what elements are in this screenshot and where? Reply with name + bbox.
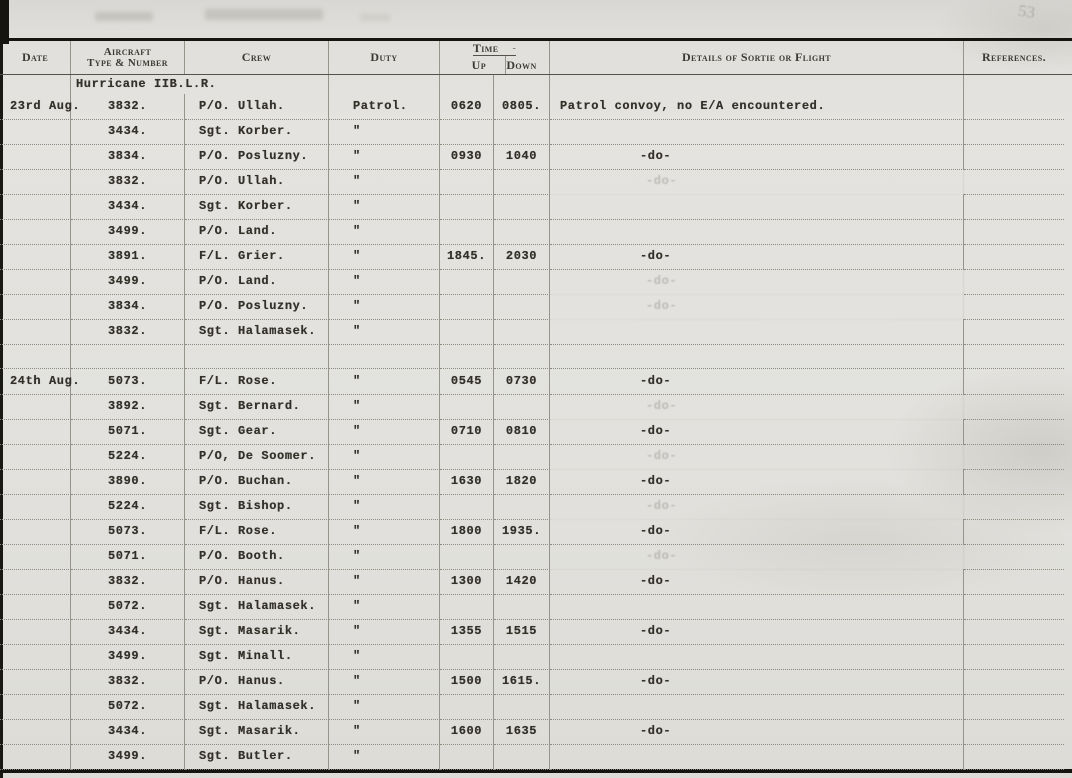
- time-down-cell: [494, 169, 550, 195]
- date-cell: [0, 219, 71, 245]
- duty-cell: ": [329, 144, 440, 170]
- time-up-cell: [440, 444, 494, 470]
- duty-cell: ": [329, 294, 440, 320]
- references-cell: [964, 369, 1064, 395]
- references-cell: [964, 694, 1064, 720]
- details-cell: [550, 219, 964, 245]
- duty-cell: ": [329, 744, 440, 770]
- aircraft-type-row: Hurricane IIB.L.R.: [0, 75, 1072, 94]
- table-row: 3834. P/O. Posluzny. " 0930 1040 -do-: [0, 144, 1072, 169]
- table-body: 23rd Aug. 3832. P/O. Ullah. Patrol. 0620…: [0, 94, 1072, 769]
- time-up-cell: 1845.: [440, 244, 494, 270]
- details-cell: [550, 744, 964, 770]
- table-row: 5071. Sgt. Gear. " 0710 0810 -do-: [0, 419, 1072, 444]
- time-down-cell: 1515: [494, 619, 550, 645]
- table-row: 3434. Sgt. Masarik. " 1355 1515 -do-: [0, 619, 1072, 644]
- aircraft-number-cell: 3890.: [71, 469, 185, 495]
- time-up-cell: 0545: [440, 369, 494, 395]
- col-header-down: Down: [506, 56, 536, 74]
- time-down-cell: 1040: [494, 144, 550, 170]
- duty-cell: [329, 75, 440, 94]
- references-cell: [964, 244, 1064, 270]
- duty-cell: ": [329, 719, 440, 745]
- aircraft-number-cell: 3434.: [71, 119, 185, 145]
- aircraft-number-cell: 3434.: [71, 719, 185, 745]
- time-header-mark: -: [512, 43, 516, 54]
- bleedthrough-smudge: [95, 12, 153, 21]
- duty-cell: ": [329, 169, 440, 195]
- time-down-cell: 1420: [494, 569, 550, 595]
- duty-cell: ": [329, 544, 440, 570]
- crew-cell: Sgt. Masarik.: [185, 619, 329, 645]
- details-cell: Patrol convoy, no E/A encountered.: [550, 94, 964, 120]
- table-row: 3890. P/O. Buchan. " 1630 1820 -do-: [0, 469, 1072, 494]
- details-cell: -do-: [550, 394, 964, 420]
- time-down-cell: 0730: [494, 369, 550, 395]
- details-cell: [550, 344, 964, 369]
- date-cell: [0, 644, 71, 670]
- crew-cell: Sgt. Halamasek.: [185, 594, 329, 620]
- time-up-cell: [440, 319, 494, 345]
- date-cell: [0, 75, 71, 94]
- references-cell: [964, 644, 1064, 670]
- date-cell: [0, 169, 71, 195]
- details-cell: [550, 319, 964, 345]
- time-down-cell: [494, 544, 550, 570]
- time-up-cell: [440, 644, 494, 670]
- time-down-cell: 2030: [494, 244, 550, 270]
- references-cell: [964, 444, 1064, 470]
- time-down-cell: 1635: [494, 719, 550, 745]
- crew-cell: [185, 344, 329, 369]
- operations-record-table: Date Aircraft Type & Number Crew Duty Ti…: [0, 38, 1072, 773]
- col-header-date: Date: [0, 41, 71, 74]
- aircraft-number-cell: 3832.: [71, 94, 185, 120]
- col-header-details: Details of Sortie or Flight: [550, 41, 964, 74]
- crew-cell: P/O. Hanus.: [185, 569, 329, 595]
- details-cell: [550, 119, 964, 145]
- references-cell: [964, 469, 1064, 495]
- date-cell: [0, 444, 71, 470]
- date-cell: [0, 319, 71, 345]
- crew-cell: P/O. Ullah.: [185, 169, 329, 195]
- references-cell: [964, 594, 1064, 620]
- aircraft-number-cell: 5072.: [71, 694, 185, 720]
- table-row: 3832. P/O. Hanus. " 1300 1420 -do-: [0, 569, 1072, 594]
- table-row: 3434. Sgt. Korber. ": [0, 119, 1072, 144]
- references-cell: [964, 75, 1064, 94]
- aircraft-number-cell: 3834.: [71, 144, 185, 170]
- table-header-row: Date Aircraft Type & Number Crew Duty Ti…: [0, 41, 1072, 75]
- aircraft-number-cell: 5072.: [71, 594, 185, 620]
- crew-cell: P/O. Land.: [185, 219, 329, 245]
- crew-cell: P/O. Booth.: [185, 544, 329, 570]
- table-row: 3499. Sgt. Butler. ": [0, 744, 1072, 769]
- duty-cell: ": [329, 119, 440, 145]
- references-cell: [964, 294, 1064, 320]
- details-cell: -do-: [550, 669, 964, 695]
- details-cell: -do-: [550, 619, 964, 645]
- crew-cell: Sgt. Halamasek.: [185, 319, 329, 345]
- details-cell: -do-: [550, 419, 964, 445]
- duty-cell: ": [329, 269, 440, 295]
- aircraft-number-cell: 3832.: [71, 669, 185, 695]
- time-down-cell: 1615.: [494, 669, 550, 695]
- crew-cell: Sgt. Masarik.: [185, 719, 329, 745]
- time-down-cell: [494, 444, 550, 470]
- duty-cell: Patrol.: [329, 94, 440, 120]
- time-up-cell: 0930: [440, 144, 494, 170]
- date-cell: [0, 494, 71, 520]
- references-cell: [964, 744, 1064, 770]
- time-down-cell: [494, 219, 550, 245]
- table-row: 3499. P/O. Land. ": [0, 219, 1072, 244]
- col-header-aircraft: Aircraft Type & Number: [71, 41, 185, 74]
- crew-cell: Sgt. Butler.: [185, 744, 329, 770]
- references-cell: [964, 419, 1064, 445]
- crew-cell: Sgt. Gear.: [185, 419, 329, 445]
- duty-cell: ": [329, 219, 440, 245]
- time-down-cell: [494, 694, 550, 720]
- details-cell: [550, 75, 964, 94]
- date-cell: [0, 469, 71, 495]
- details-cell: -do-: [550, 569, 964, 595]
- col-header-aircraft-line2: Type & Number: [87, 58, 168, 69]
- aircraft-number-cell: 5224.: [71, 444, 185, 470]
- aircraft-number-cell: 5224.: [71, 494, 185, 520]
- duty-cell: ": [329, 519, 440, 545]
- details-cell: -do-: [550, 269, 964, 295]
- duty-cell: ": [329, 419, 440, 445]
- aircraft-number-cell: 5071.: [71, 419, 185, 445]
- crew-cell: P/O. Posluzny.: [185, 144, 329, 170]
- crew-cell: P/O. Buchan.: [185, 469, 329, 495]
- col-header-up: Up: [452, 56, 506, 74]
- references-cell: [964, 219, 1064, 245]
- time-down-cell: [494, 594, 550, 620]
- date-cell: [0, 569, 71, 595]
- time-up-cell: 1300: [440, 569, 494, 595]
- table-row: 5224. P/O, De Soomer. " -do-: [0, 444, 1072, 469]
- date-cell: [0, 719, 71, 745]
- duty-cell: ": [329, 569, 440, 595]
- duty-cell: ": [329, 594, 440, 620]
- bleedthrough-smudge: [360, 14, 390, 21]
- references-cell: [964, 669, 1064, 695]
- date-cell: [0, 294, 71, 320]
- references-cell: [964, 144, 1064, 170]
- duty-cell: ": [329, 694, 440, 720]
- date-cell: [0, 544, 71, 570]
- date-cell: [0, 194, 71, 220]
- time-up-cell: [440, 744, 494, 770]
- references-cell: [964, 544, 1064, 570]
- details-cell: -do-: [550, 544, 964, 570]
- references-cell: [964, 719, 1064, 745]
- time-up-cell: 1630: [440, 469, 494, 495]
- time-down-cell: [494, 319, 550, 345]
- col-header-time-label: Time: [473, 41, 499, 56]
- aircraft-number-cell: 3832.: [71, 169, 185, 195]
- time-down-cell: [494, 494, 550, 520]
- aircraft-number-cell: 5073.: [71, 369, 185, 395]
- table-row: 3499. P/O. Land. " -do-: [0, 269, 1072, 294]
- date-cell: [0, 519, 71, 545]
- crew-cell: Sgt. Minall.: [185, 644, 329, 670]
- aircraft-number-cell: 3891.: [71, 244, 185, 270]
- aircraft-number-cell: 3499.: [71, 269, 185, 295]
- time-down-cell: [494, 269, 550, 295]
- duty-cell: ": [329, 444, 440, 470]
- crew-cell: Sgt. Halamasek.: [185, 694, 329, 720]
- table-row: 3434. Sgt. Masarik. " 1600 1635 -do-: [0, 719, 1072, 744]
- duty-cell: ": [329, 469, 440, 495]
- crew-cell: F/L. Rose.: [185, 519, 329, 545]
- crew-cell: Sgt. Bishop.: [185, 494, 329, 520]
- details-cell: -do-: [550, 469, 964, 495]
- time-up-cell: [440, 494, 494, 520]
- references-cell: [964, 519, 1064, 545]
- references-cell: [964, 344, 1064, 369]
- time-up-cell: [440, 594, 494, 620]
- aircraft-number-cell: 3892.: [71, 394, 185, 420]
- duty-cell: ": [329, 194, 440, 220]
- details-cell: -do-: [550, 244, 964, 270]
- time-down-cell: [494, 744, 550, 770]
- table-row: 5073. F/L. Rose. " 1800 1935. -do-: [0, 519, 1072, 544]
- col-header-time: Time - Up Down: [440, 41, 550, 74]
- crew-cell: Sgt. Bernard.: [185, 394, 329, 420]
- date-cell: [0, 619, 71, 645]
- date-cell: [0, 594, 71, 620]
- time-up-cell: 1600: [440, 719, 494, 745]
- aircraft-number-cell: [71, 344, 185, 369]
- details-cell: -do-: [550, 144, 964, 170]
- details-cell: -do-: [550, 519, 964, 545]
- time-down-cell: [494, 294, 550, 320]
- details-cell: [550, 194, 964, 220]
- date-cell: [0, 269, 71, 295]
- aircraft-number-cell: 3832.: [71, 569, 185, 595]
- crew-cell: F/L. Rose.: [185, 369, 329, 395]
- aircraft-number-cell: 3499.: [71, 219, 185, 245]
- ghost-page-number: 53: [1017, 1, 1037, 23]
- date-cell: [0, 244, 71, 270]
- time-down-cell: 0805.: [494, 94, 550, 120]
- table-row: 3832. P/O. Ullah. " -do-: [0, 169, 1072, 194]
- date-cell: [0, 119, 71, 145]
- time-down-cell: [494, 119, 550, 145]
- table-row: 5072. Sgt. Halamasek. ": [0, 594, 1072, 619]
- duty-cell: [329, 344, 440, 369]
- duty-cell: ": [329, 319, 440, 345]
- aircraft-number-cell: 3832.: [71, 319, 185, 345]
- time-up-cell: 0620: [440, 94, 494, 120]
- duty-cell: ": [329, 244, 440, 270]
- time-up-cell: [440, 394, 494, 420]
- crew-cell: Sgt. Korber.: [185, 119, 329, 145]
- duty-cell: ": [329, 619, 440, 645]
- crew-cell: F/L. Grier.: [185, 244, 329, 270]
- time-down-cell: [494, 644, 550, 670]
- details-cell: -do-: [550, 444, 964, 470]
- table-row: 5071. P/O. Booth. " -do-: [0, 544, 1072, 569]
- time-up-cell: 1800: [440, 519, 494, 545]
- table-row: 3832. P/O. Hanus. " 1500 1615. -do-: [0, 669, 1072, 694]
- time-down-cell: 0810: [494, 419, 550, 445]
- table-row: 3834. P/O. Posluzny. " -do-: [0, 294, 1072, 319]
- table-row: 3434. Sgt. Korber. ": [0, 194, 1072, 219]
- date-cell: 24th Aug.: [0, 369, 71, 395]
- date-cell: [0, 419, 71, 445]
- details-cell: -do-: [550, 169, 964, 195]
- details-cell: [550, 594, 964, 620]
- references-cell: [964, 269, 1064, 295]
- aircraft-number-cell: 3834.: [71, 294, 185, 320]
- table-row: 24th Aug. 5073. F/L. Rose. " 0545 0730 -…: [0, 369, 1072, 394]
- crew-cell: Sgt. Korber.: [185, 194, 329, 220]
- time-up-cell: [440, 269, 494, 295]
- aircraft-number-cell: 3499.: [71, 644, 185, 670]
- time-up-cell: [440, 694, 494, 720]
- time-down-cell: [494, 194, 550, 220]
- aircraft-number-cell: 3434.: [71, 194, 185, 220]
- time-down-cell: [494, 394, 550, 420]
- crew-cell: P/O, De Soomer.: [185, 444, 329, 470]
- duty-cell: ": [329, 669, 440, 695]
- time-down-cell: [494, 75, 550, 94]
- table-row: 3892. Sgt. Bernard. " -do-: [0, 394, 1072, 419]
- aircraft-type-label: Hurricane IIB.L.R.: [71, 75, 329, 94]
- references-cell: [964, 494, 1064, 520]
- aircraft-number-cell: 5071.: [71, 544, 185, 570]
- details-cell: -do-: [550, 494, 964, 520]
- time-down-cell: 1820: [494, 469, 550, 495]
- details-cell: -do-: [550, 719, 964, 745]
- date-cell: [0, 144, 71, 170]
- references-cell: [964, 394, 1064, 420]
- details-cell: [550, 644, 964, 670]
- crew-cell: P/O. Land.: [185, 269, 329, 295]
- duty-cell: ": [329, 394, 440, 420]
- time-up-cell: 1355: [440, 619, 494, 645]
- references-cell: [964, 94, 1064, 120]
- time-up-cell: [440, 294, 494, 320]
- time-up-cell: [440, 119, 494, 145]
- details-cell: -do-: [550, 294, 964, 320]
- time-up-cell: [440, 75, 494, 94]
- time-down-cell: 1935.: [494, 519, 550, 545]
- time-up-cell: [440, 344, 494, 369]
- time-up-cell: [440, 544, 494, 570]
- date-cell: [0, 669, 71, 695]
- bleedthrough-smudge: [205, 9, 323, 20]
- table-row: 3499. Sgt. Minall. ": [0, 644, 1072, 669]
- time-up-cell: [440, 194, 494, 220]
- col-header-aircraft-line1: Aircraft: [104, 47, 152, 58]
- time-up-cell: 1500: [440, 669, 494, 695]
- aircraft-number-cell: 3499.: [71, 744, 185, 770]
- references-cell: [964, 319, 1064, 345]
- date-cell: [0, 694, 71, 720]
- crew-cell: P/O. Hanus.: [185, 669, 329, 695]
- duty-cell: ": [329, 369, 440, 395]
- crew-cell: P/O. Ullah.: [185, 94, 329, 120]
- references-cell: [964, 169, 1064, 195]
- aircraft-number-cell: 5073.: [71, 519, 185, 545]
- details-cell: [550, 694, 964, 720]
- date-cell: [0, 344, 71, 369]
- aircraft-number-cell: 3434.: [71, 619, 185, 645]
- date-cell: 23rd Aug.: [0, 94, 71, 120]
- time-up-cell: 0710: [440, 419, 494, 445]
- col-header-duty: Duty: [329, 41, 440, 74]
- time-up-cell: [440, 219, 494, 245]
- references-cell: [964, 619, 1064, 645]
- table-row: 3891. F/L. Grier. " 1845. 2030 -do-: [0, 244, 1072, 269]
- crew-cell: P/O. Posluzny.: [185, 294, 329, 320]
- table-row: 5072. Sgt. Halamasek. ": [0, 694, 1072, 719]
- col-header-crew: Crew: [185, 41, 329, 74]
- duty-cell: ": [329, 644, 440, 670]
- table-row: 3832. Sgt. Halamasek. ": [0, 319, 1072, 344]
- references-cell: [964, 569, 1064, 595]
- table-row: [0, 344, 1072, 369]
- details-cell: -do-: [550, 369, 964, 395]
- references-cell: [964, 194, 1064, 220]
- table-row: 23rd Aug. 3832. P/O. Ullah. Patrol. 0620…: [0, 94, 1072, 119]
- date-cell: [0, 744, 71, 770]
- date-cell: [0, 394, 71, 420]
- time-up-cell: [440, 169, 494, 195]
- time-down-cell: [494, 344, 550, 369]
- col-header-references: References.: [964, 41, 1064, 74]
- duty-cell: ": [329, 494, 440, 520]
- references-cell: [964, 119, 1064, 145]
- table-row: 5224. Sgt. Bishop. " -do-: [0, 494, 1072, 519]
